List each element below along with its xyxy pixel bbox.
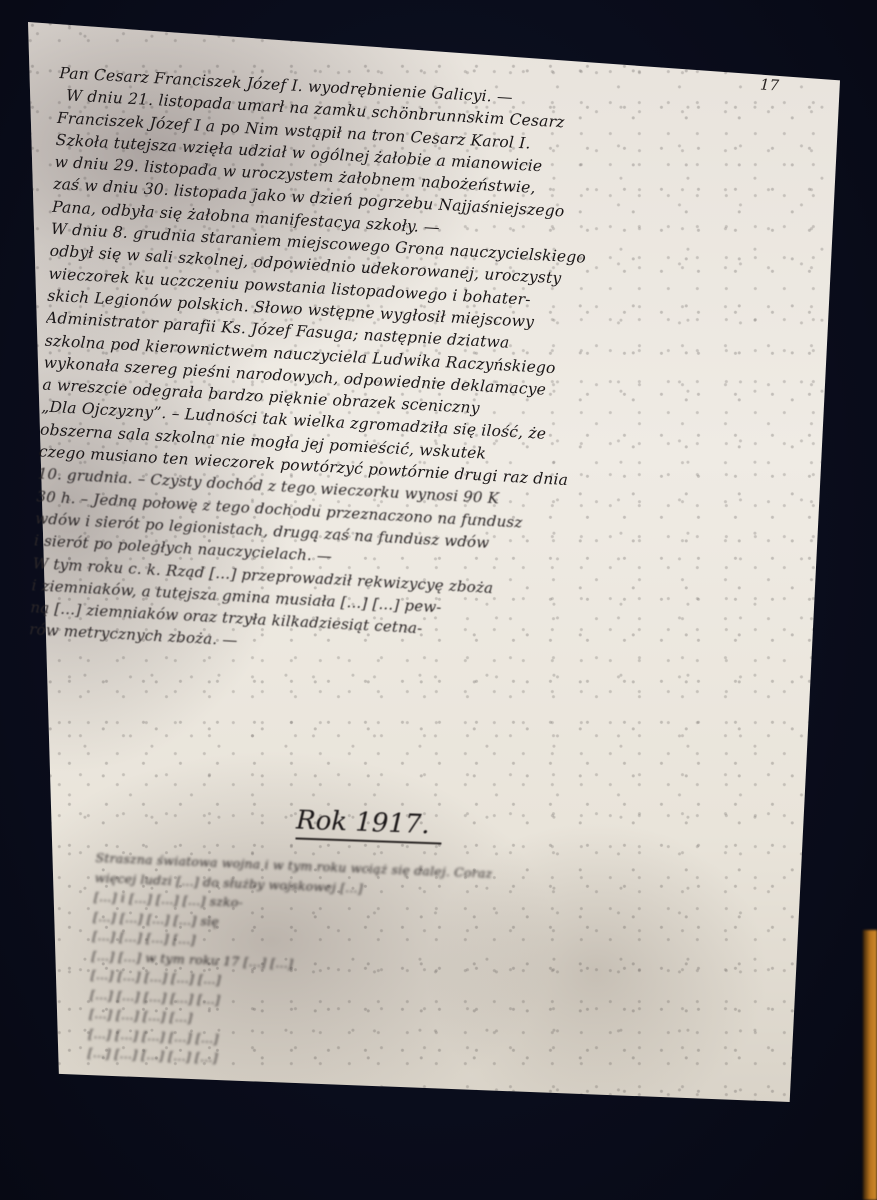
year-heading-1917: Rok 1917.: [295, 805, 442, 844]
photo-scene: 17 Pan Cesarz Franciszek Józef I. wyodrę…: [0, 0, 877, 1200]
entries-1917: Straszna światowa wojna i w tym roku wci…: [87, 848, 775, 1090]
wooden-frame-edge: [863, 930, 877, 1200]
entries-1916: Pan Cesarz Franciszek Józef I. wyodrębni…: [29, 62, 799, 681]
page-number: 17: [760, 76, 780, 95]
